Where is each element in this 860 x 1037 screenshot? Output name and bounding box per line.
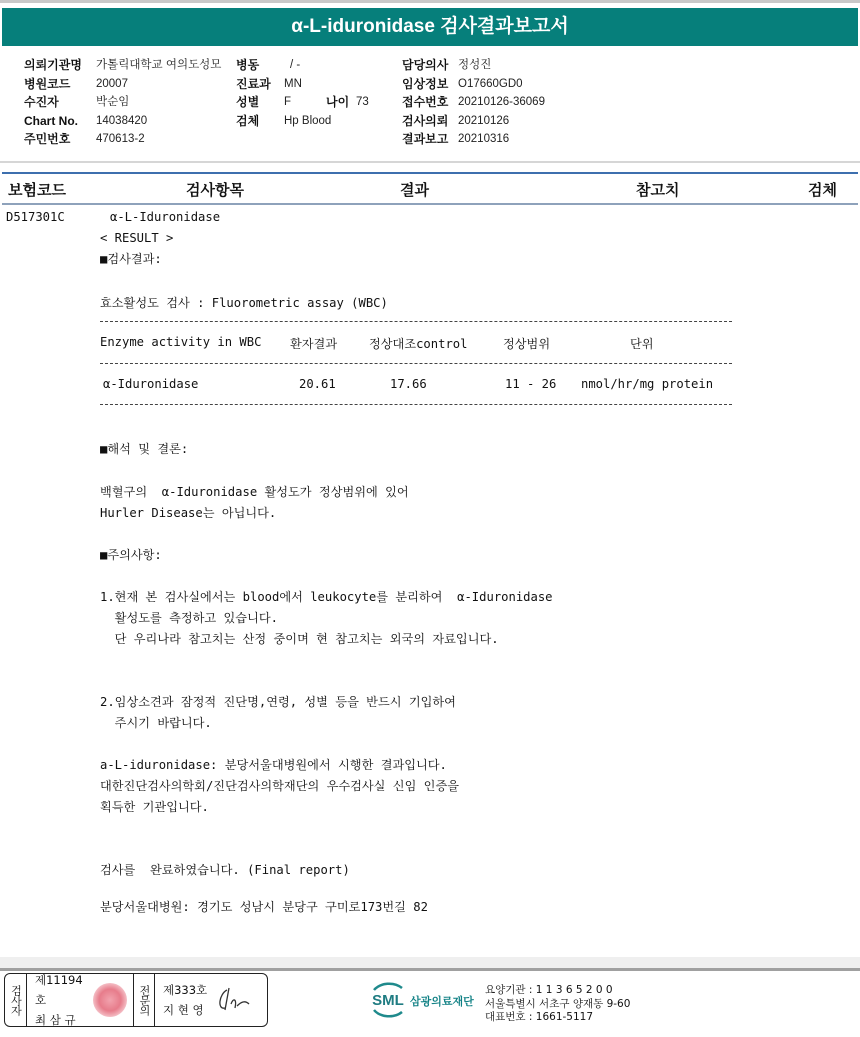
col-reference: 참고치 [636,179,679,200]
interpretation-line: Hurler Disease는 아닙니다. [100,504,276,521]
examiner-info: 제11194호 최 삼 규 [27,974,89,1026]
specialist-name: 지 현 영 [163,1000,215,1020]
note2-line: 주시기 바랍니다. [100,714,212,731]
dashed-rule [100,404,732,405]
section-notes: ■주의사항: [100,546,162,563]
insurance-code: D517301C [6,210,65,224]
table-header-control: 정상대조control [369,335,467,352]
value-age: 73 [356,93,369,112]
value-department: MN [284,75,302,94]
col-specimen: 검체 [808,179,837,200]
section-interpretation: ■해석 및 결론: [100,440,188,457]
table-cell-normal-range: 11 - 26 [505,377,556,391]
seal-stamp-icon [93,983,127,1017]
svg-text:SML: SML [372,992,404,1009]
interpretation-line: 백혈구의 α-Iduronidase 활성도가 정상범위에 있어 [100,483,409,500]
examiner-license: 제11194호 [35,970,89,1010]
value-specimen: Hp Blood [284,112,331,131]
method: 효소활성도 검사 : Fluorometric assay (WBC) [100,294,388,311]
value-sex: F [284,93,326,112]
table-cell-enzyme: α-Iduronidase [103,377,198,391]
label-department: 진료과 [236,75,284,94]
divider [0,161,860,163]
label-sex: 성별 [236,93,284,112]
note1-line: 활성도를 측정하고 있습니다. [100,609,278,626]
label-hospital-code: 병원코드 [24,75,96,94]
test-name: α-L-Iduronidase [110,210,220,224]
section-result: ■검사결과: [100,250,162,267]
final-report-text: 검사를 완료하였습니다. (Final report) [100,861,350,878]
org-address: 서울특별시 서초구 양재동 9-60 [485,998,630,1012]
note1-line: 단 우리나라 참고치는 산정 중이며 현 참고치는 외국의 자료입니다. [100,630,499,647]
value-ward: / - [290,56,300,75]
label-age: 나이 [326,93,356,112]
report-title: α-L-iduronidase 검사결과보고서 [2,8,858,46]
value-request-date: 20210126 [458,112,509,131]
value-hospital-code: 20007 [96,75,128,94]
note2-line: 2.임상소견과 잠정적 진단명,연령, 성별 등을 반드시 기입하여 [100,693,456,710]
org-info: 요양기관 : 1 1 3 6 5 2 0 0 서울특별시 서초구 양재동 9-6… [485,984,630,1025]
examiner-name: 최 삼 규 [35,1010,89,1030]
value-clinical-info: O17660GD0 [458,75,523,94]
signature-box: 검사자 제11194호 최 삼 규 전문의 제333호 지 현 영 [4,973,268,1027]
dashed-rule [100,321,732,322]
patient-info-right: 담당의사정성진 임상정보O17660GD0 접수번호20210126-36069… [402,56,622,149]
value-requesting-institution: 가톨릭대학교 여의도성모 [96,56,221,75]
table-cell-control: 17.66 [390,377,427,391]
org-name: 삼광의료재단 [410,993,474,1009]
value-patient-name: 박순임 [96,93,129,112]
value-accession-no: 20210126-36069 [458,93,545,112]
label-physician: 담당의사 [402,56,458,75]
label-resident-no: 주민번호 [24,130,96,149]
label-accession-no: 접수번호 [402,93,458,112]
dashed-rule [100,363,732,364]
col-insurance-code: 보험코드 [8,179,66,200]
label-patient-name: 수진자 [24,93,96,112]
top-border [0,0,860,3]
label-chart-no: Chart No. [24,112,96,131]
result-tag: < RESULT > [100,231,173,245]
sml-logo-icon: SML [366,980,410,1020]
table-cell-unit: nmol/hr/mg protein [581,377,713,391]
patient-info-middle: 병동/ - 진료과MN 성별F나이73 검체Hp Blood [236,56,396,130]
specialist-info: 제333호 지 현 영 [155,974,215,1026]
label-specimen: 검체 [236,112,284,131]
footer-rule [0,968,860,971]
examiner-label: 검사자 [5,974,27,1026]
referral-line: a-L-iduronidase: 분당서울대병원에서 시행한 결과입니다. [100,756,447,773]
col-test-item: 검사항목 [186,179,244,200]
table-header-enzyme: Enzyme activity in WBC [100,335,261,349]
table-cell-patient-result: 20.61 [299,377,336,391]
label-request-date: 검사의뢰 [402,112,458,131]
table-header-patient-result: 환자결과 [290,335,337,352]
org-facility-no: 요양기관 : 1 1 3 6 5 2 0 0 [485,984,630,998]
col-result: 결과 [400,179,429,200]
value-resident-no: 470613-2 [96,130,145,149]
table-header-normal-range: 정상범위 [503,335,550,352]
label-ward: 병동 [236,56,290,75]
note1-line: 1.현재 본 검사실에서는 blood에서 leukocyte를 분리하여 α-… [100,588,553,605]
table-header-unit: 단위 [630,335,654,352]
label-clinical-info: 임상정보 [402,75,458,94]
org-phone: 대표번호 : 1661-5117 [485,1011,630,1025]
value-report-date: 20210316 [458,130,509,149]
specialist-license: 제333호 [163,980,215,1000]
referral-line: 획득한 기관입니다. [100,798,209,815]
referral-line: 대한진단검사의학회/진단검사의학재단의 우수검사실 신임 인증을 [100,777,459,794]
header-rule-top [2,172,858,174]
lab-address: 분당서울대병원: 경기도 성남시 분당구 구미로173번길 82 [100,898,428,915]
patient-info-left: 의뢰기관명가톨릭대학교 여의도성모 병원코드20007 수진자박순임 Chart… [24,56,264,149]
signature-icon [215,974,255,1026]
value-chart-no: 14038420 [96,112,147,131]
specialist-label: 전문의 [133,974,155,1026]
label-requesting-institution: 의뢰기관명 [24,56,96,75]
label-report-date: 결과보고 [402,130,458,149]
value-physician: 정성진 [458,56,491,75]
header-rule-bottom [2,203,858,205]
